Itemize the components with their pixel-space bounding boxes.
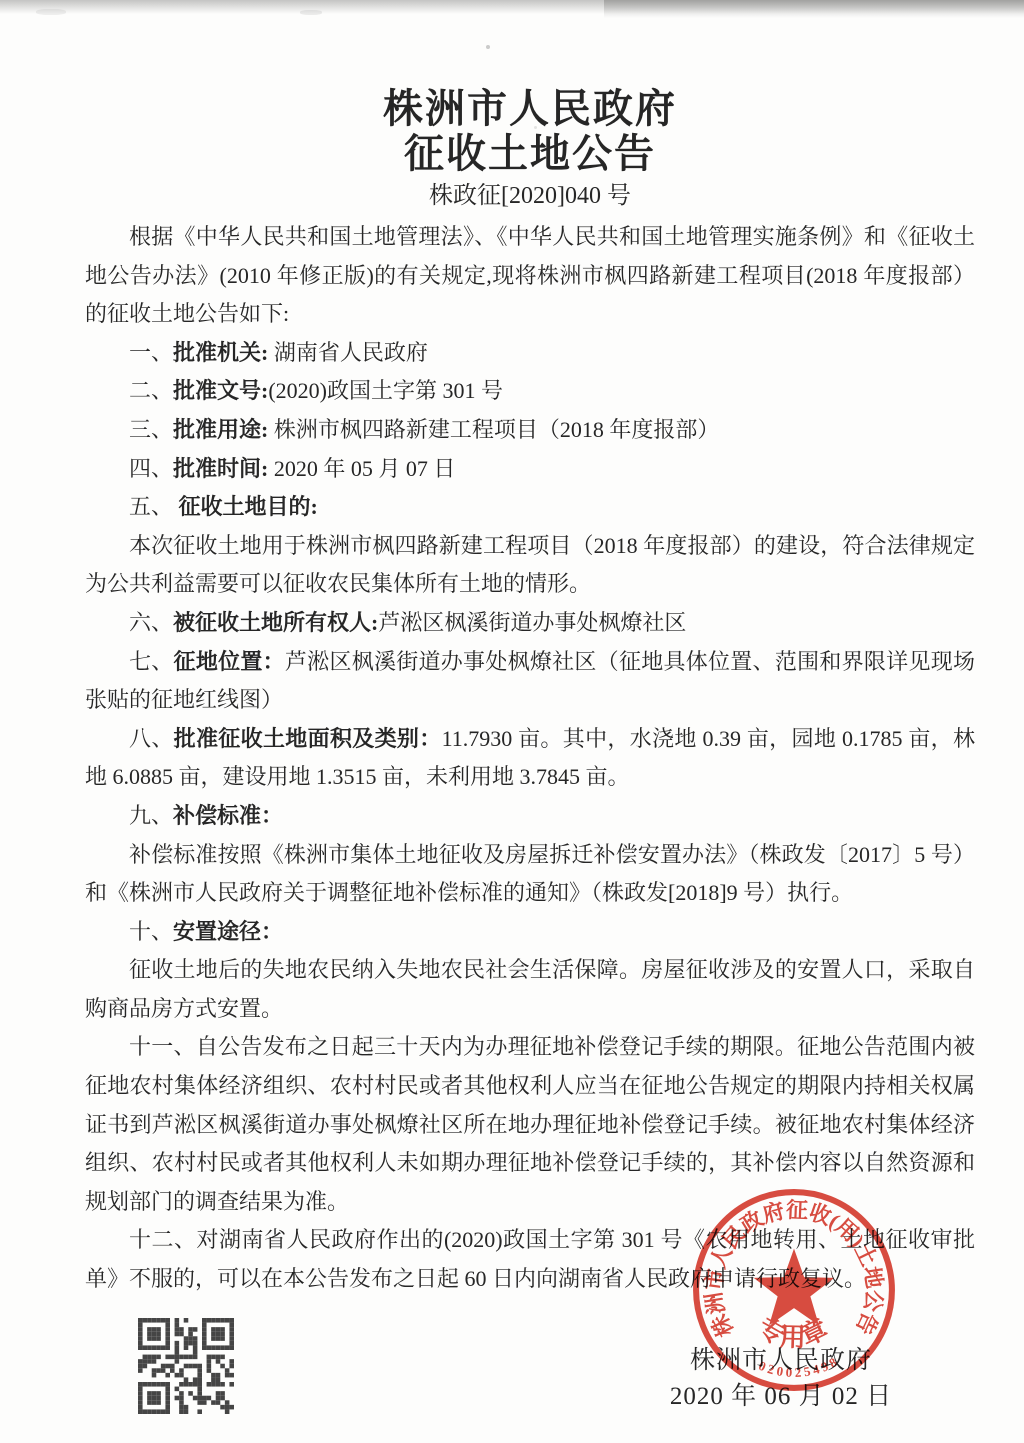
official-seal: 株洲市人民政府征收(用)土地公告 专用章 020025498 [688, 1184, 900, 1396]
paragraph-item-3: 三、批准用途: 株洲市枫四路新建工程项目（2018 年度报部） [85, 411, 975, 450]
paragraph-intro: 根据《中华人民共和国土地管理法》、《中华人民共和国土地管理实施条例》和《征收土地… [85, 218, 975, 334]
document-body: 根据《中华人民共和国土地管理法》、《中华人民共和国土地管理实施条例》和《征收土地… [85, 218, 975, 1299]
scan-speck [36, 9, 66, 15]
page-title-line2: 征收土地公告 [85, 131, 975, 176]
document-page: 株洲市人民政府 征收土地公告 株政征[2020]040 号 根据《中华人民共和国… [0, 0, 1024, 1443]
seal-star-icon [754, 1249, 835, 1326]
paragraph-item-1: 一、批准机关: 湖南省人民政府 [85, 334, 975, 373]
paragraph-item-9: 九、补偿标准： [85, 797, 975, 836]
document-number: 株政征[2020]040 号 [85, 178, 975, 214]
svg-text:020025498: 020025498 [757, 1353, 843, 1380]
paragraph-item-2: 二、批准文号:(2020)政国土字第 301 号 [85, 372, 975, 411]
paragraph-item-7: 七、征地位置：芦淞区枫溪街道办事处枫燎社区（征地具体位置、范围和界限详见现场张贴… [85, 643, 975, 720]
svg-text:专用章: 专用章 [753, 1312, 832, 1353]
qr-code [138, 1318, 234, 1414]
paragraph-item-10-body: 征收土地后的失地农民纳入失地农民社会生活保障。房屋征收涉及的安置人口，采取自购商… [85, 951, 975, 1028]
paragraph-item-4: 四、批准时间: 2020 年 05 月 07 日 [85, 450, 975, 489]
paragraph-item-9-body: 补偿标准按照《株洲市集体土地征收及房屋拆迁补偿安置办法》（株政发〔2017〕5 … [85, 836, 975, 913]
paragraph-item-10: 十、安置途径： [85, 913, 975, 952]
paragraph-item-6: 六、被征收土地所有权人:芦淞区枫溪街道办事处枫燎社区 [85, 604, 975, 643]
seal-serial-number: 020025498 [757, 1353, 843, 1380]
paragraph-item-8: 八、批准征收土地面积及类别：11.7930 亩。其中，水浇地 0.39 亩，园地… [85, 720, 975, 797]
paragraph-item-5: 五、 征收土地目的: [85, 488, 975, 527]
seal-inner-text: 专用章 [753, 1312, 832, 1353]
page-title-line1: 株洲市人民政府 [85, 86, 975, 131]
paragraph-item-5-body: 本次征收土地用于株洲市枫四路新建工程项目（2018 年度报部）的建设，符合法律规… [85, 527, 975, 604]
